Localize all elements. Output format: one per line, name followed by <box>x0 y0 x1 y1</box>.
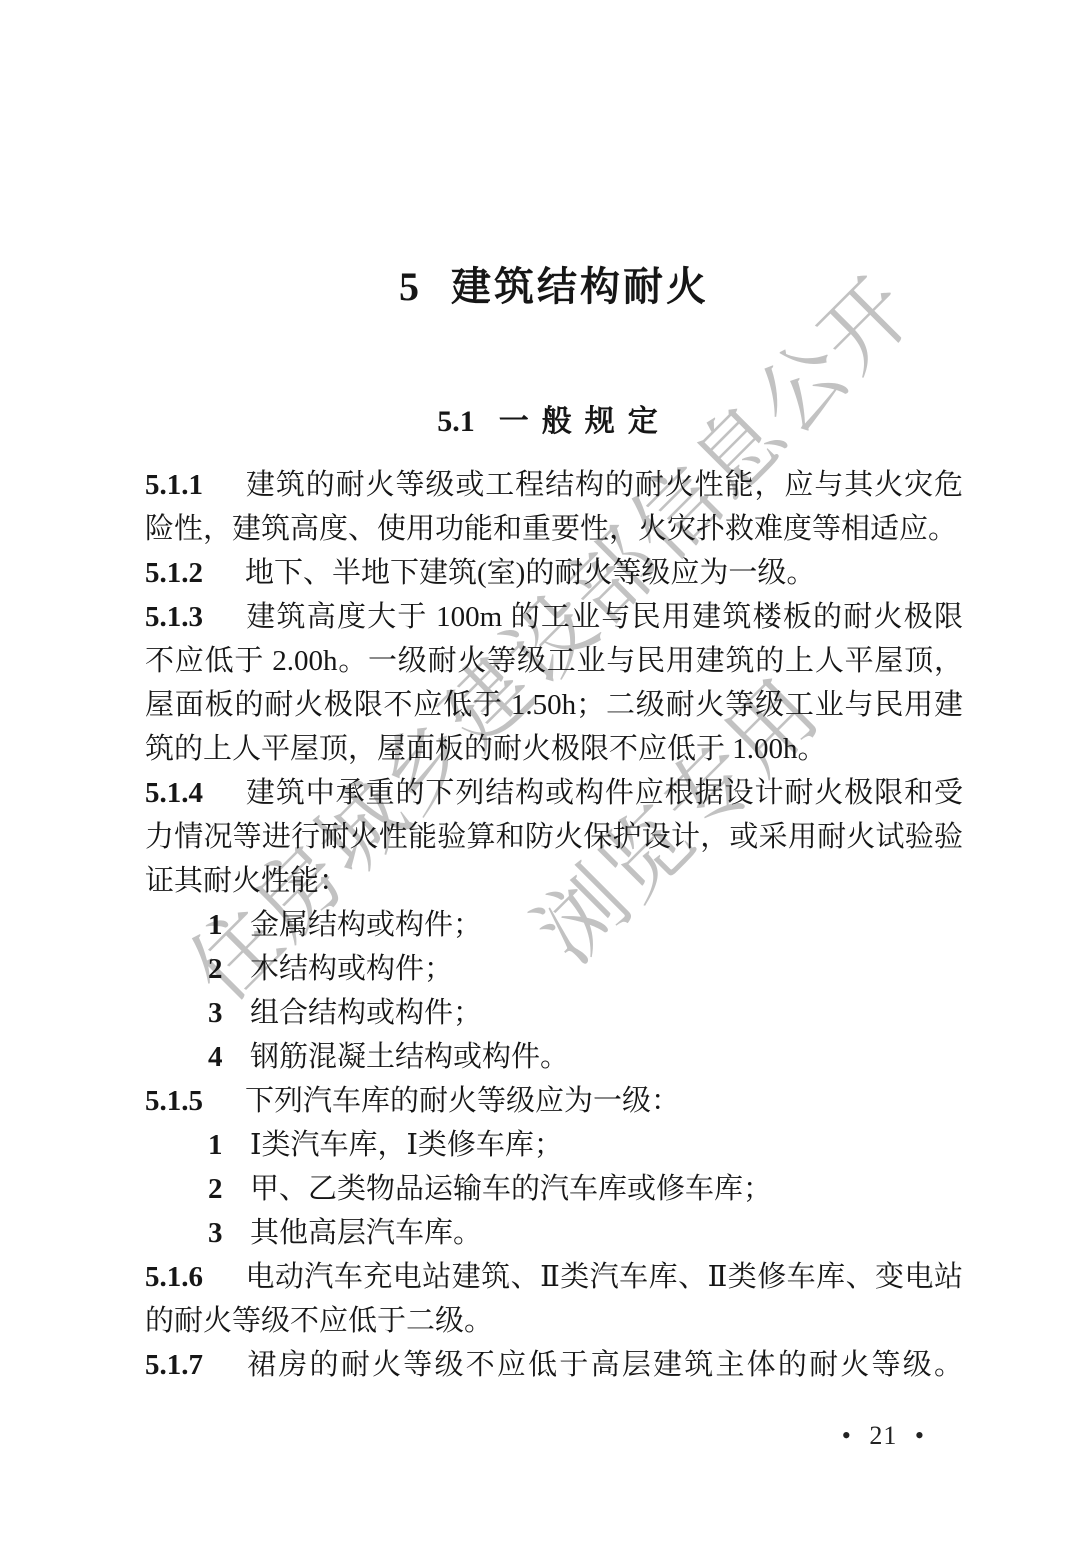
clause-number: 5.1.6 <box>145 1261 203 1293</box>
clause-text: 裙房的耐火等级不应低于高层建筑主体的耐火等级。 <box>245 1349 963 1381</box>
clause-5.1.5: 5.1.5下列汽车库的耐火等级应为一级： <box>145 1079 963 1123</box>
clause-5.1.4: 5.1.4建筑中承重的下列结构或构件应根据设计耐火极限和受力情况等进行耐火性能验… <box>145 771 963 903</box>
item-number: 4 <box>208 1035 250 1079</box>
item-number: 1 <box>208 1123 250 1167</box>
clause-5.1.1: 5.1.1建筑的耐火等级或工程结构的耐火性能，应与其火灾危险性，建筑高度、使用功… <box>145 463 963 551</box>
item-number: 3 <box>208 1211 250 1255</box>
clause-text: 电动汽车充电站建筑、Ⅱ类汽车库、Ⅱ类修车库、变电站的耐火等级不应低于二级。 <box>145 1261 963 1337</box>
item-text: 木结构或构件； <box>250 953 453 985</box>
item-text: 钢筋混凝土结构或构件。 <box>250 1041 569 1073</box>
clause-5.1.5-item-2: 2甲、乙类物品运输车的汽车库或修车库； <box>145 1167 963 1211</box>
clause-5.1.6: 5.1.6电动汽车充电站建筑、Ⅱ类汽车库、Ⅱ类修车库、变电站的耐火等级不应低于二… <box>145 1255 963 1343</box>
clause-text: 建筑高度大于 100m 的工业与民用建筑楼板的耐火极限不应低于 2.00h。一级… <box>145 601 963 765</box>
clause-number: 5.1.2 <box>145 557 203 589</box>
clause-number: 5.1.5 <box>145 1085 203 1117</box>
section-heading-text: 一般规定 <box>499 405 671 438</box>
page-content: 5建筑结构耐火 5.1一般规定 5.1.1建筑的耐火等级或工程结构的耐火性能，应… <box>145 0 963 1387</box>
clause-5.1.5-item-1: 1Ⅰ类汽车库，Ⅰ类修车库； <box>145 1123 963 1167</box>
item-number: 3 <box>208 991 250 1035</box>
section-heading: 5.1一般规定 <box>145 405 963 439</box>
clause-5.1.4-item-4: 4钢筋混凝土结构或构件。 <box>145 1035 963 1079</box>
item-text: 组合结构或构件； <box>250 997 482 1029</box>
item-text: 甲、乙类物品运输车的汽车库或修车库； <box>250 1173 772 1205</box>
item-text: 金属结构或构件； <box>250 909 482 941</box>
clause-number: 5.1.7 <box>145 1349 203 1381</box>
chapter-title-text: 建筑结构耐火 <box>451 265 709 309</box>
item-text: Ⅰ类汽车库，Ⅰ类修车库； <box>250 1129 563 1161</box>
document-page: 住房城乡建设部信息公开 浏览专用 5建筑结构耐火 5.1一般规定 5.1.1建筑… <box>0 0 1080 1565</box>
clause-number: 5.1.4 <box>145 777 203 809</box>
clause-text: 建筑的耐火等级或工程结构的耐火性能，应与其火灾危险性，建筑高度、使用功能和重要性… <box>145 469 963 545</box>
clause-5.1.7: 5.1.7裙房的耐火等级不应低于高层建筑主体的耐火等级。 <box>145 1343 963 1387</box>
clause-5.1.4-item-3: 3组合结构或构件； <box>145 991 963 1035</box>
item-number: 2 <box>208 947 250 991</box>
clause-list: 5.1.1建筑的耐火等级或工程结构的耐火性能，应与其火灾危险性，建筑高度、使用功… <box>145 463 963 1387</box>
clause-5.1.2: 5.1.2地下、半地下建筑(室)的耐火等级应为一级。 <box>145 551 963 595</box>
clause-5.1.5-item-3: 3其他高层汽车库。 <box>145 1211 963 1255</box>
clause-5.1.3: 5.1.3建筑高度大于 100m 的工业与民用建筑楼板的耐火极限不应低于 2.0… <box>145 595 963 771</box>
clause-number: 5.1.3 <box>145 601 203 633</box>
clause-text: 地下、半地下建筑(室)的耐火等级应为一级。 <box>245 557 815 589</box>
clause-5.1.4-item-2: 2木结构或构件； <box>145 947 963 991</box>
clause-number: 5.1.1 <box>145 469 203 501</box>
clause-text: 建筑中承重的下列结构或构件应根据设计耐火极限和受力情况等进行耐火性能验算和防火保… <box>145 777 963 897</box>
clause-5.1.4-item-1: 1金属结构或构件； <box>145 903 963 947</box>
chapter-number: 5 <box>399 264 419 309</box>
item-number: 2 <box>208 1167 250 1211</box>
item-text: 其他高层汽车库。 <box>250 1217 482 1249</box>
item-number: 1 <box>208 903 250 947</box>
clause-text: 下列汽车库的耐火等级应为一级： <box>245 1085 680 1117</box>
chapter-title: 5建筑结构耐火 <box>145 264 963 310</box>
section-number: 5.1 <box>437 405 475 438</box>
page-number: • 21 • <box>842 1421 925 1451</box>
